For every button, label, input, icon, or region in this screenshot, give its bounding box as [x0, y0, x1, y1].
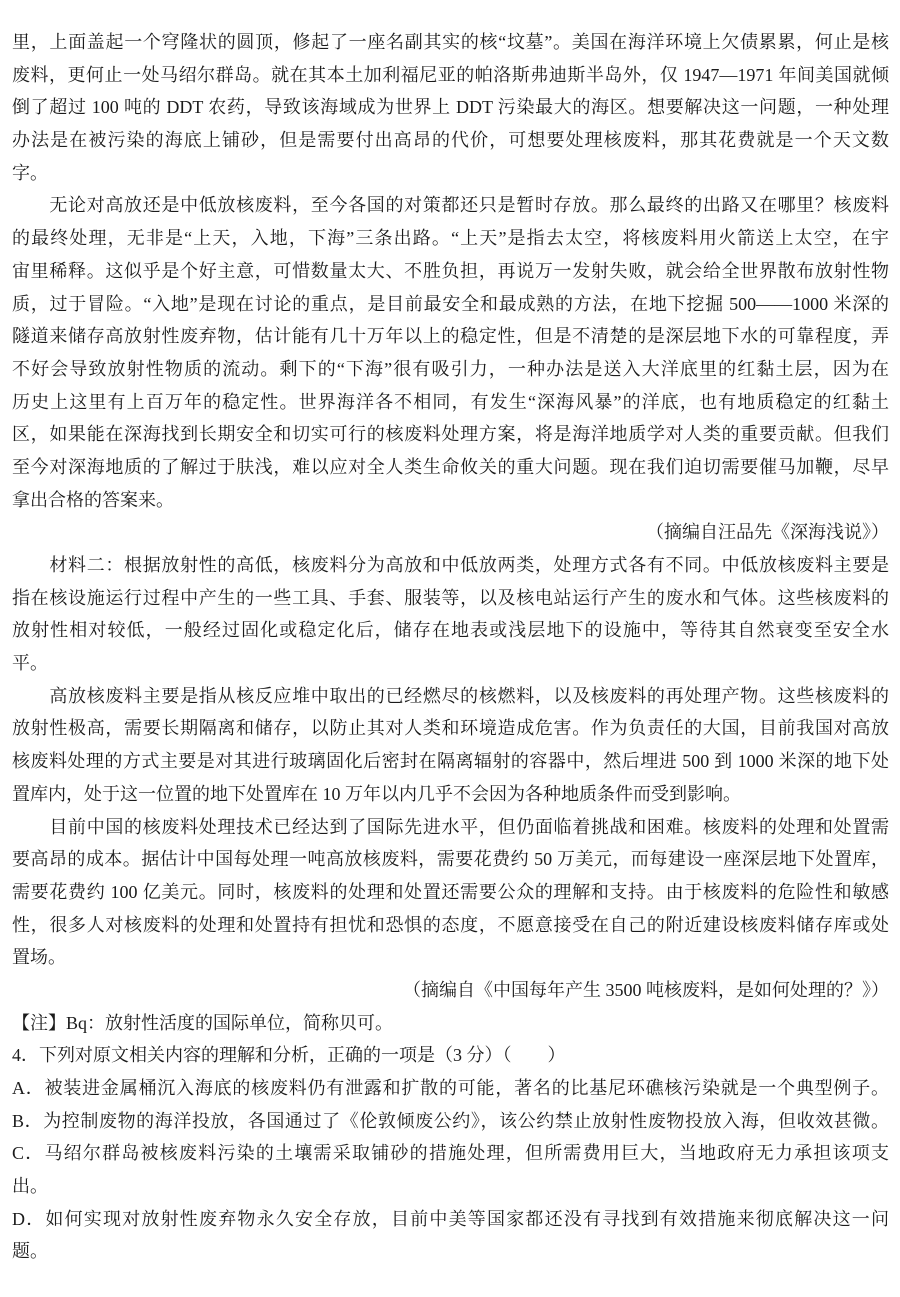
- text-line: 至今对深海地质的了解过于肤浅，难以应对全人类生命攸关的重大问题。现在我们迫切需要…: [12, 451, 889, 484]
- text-line: 倒了超过 100 吨的 DDT 农药，导致该海域成为世界上 DDT 污染最大的海…: [12, 91, 889, 124]
- text-line: 不好会导致放射性物质的流动。剩下的“下海”很有吸引力，一种办法是送入大洋底里的红…: [12, 353, 889, 386]
- option-line: 出。: [12, 1170, 889, 1203]
- text-line: 废料，更何止一处马绍尔群岛。就在其本土加利福尼亚的帕洛斯弗迪斯半岛外，仅 194…: [12, 59, 889, 92]
- text-line: 材料二：根据放射性的高低，核废料分为高放和中低放两类，处理方式各有不同。中低放核…: [12, 549, 889, 582]
- text-line: 无论对高放还是中低放核废料，至今各国的对策都还只是暂时存放。那么最终的出路又在哪…: [12, 189, 889, 222]
- option-line: D．如何实现对放射性废弃物永久安全存放，目前中美等国家都还没有寻找到有效措施来彻…: [12, 1203, 889, 1236]
- option-line: B．为控制废物的海洋投放，各国通过了《伦敦倾废公约》，该公约禁止放射性废物投放入…: [12, 1105, 889, 1138]
- text-line: 置场。: [12, 941, 889, 974]
- text-line: 置库内，处于这一位置的地下处置库在 10 万年以内几乎不会因为各种地质条件而受到…: [12, 778, 889, 811]
- option-line: 题。: [12, 1235, 889, 1268]
- attribution-line: （摘编自《中国每年产生 3500 吨核废料，是如何处理的？》）: [12, 974, 889, 1007]
- text-line: 核废料处理的方式主要是对其进行玻璃固化后密封在隔离辐射的容器中，然后埋进 500…: [12, 745, 889, 778]
- text-line: 办法是在被污染的海底上铺砂，但是需要付出高昂的代价，可想要处理核废料，那其花费就…: [12, 124, 889, 157]
- text-line: 放射性极高，需要长期隔离和储存，以防止其对人类和环境造成危害。作为负责任的大国，…: [12, 712, 889, 745]
- option-line: C．马绍尔群岛被核废料污染的土壤需采取铺砂的措施处理，但所需费用巨大，当地政府无…: [12, 1137, 889, 1170]
- option-line: A．被装进金属桶沉入海底的核废料仍有泄露和扩散的可能，著名的比基尼环礁核污染就是…: [12, 1072, 889, 1105]
- text-line: 区，如果能在深海找到长期安全和切实可行的核废料处理方案，将是海洋地质学对人类的重…: [12, 418, 889, 451]
- text-line: 指在核设施运行过程中产生的一些工具、手套、服装等，以及核电站运行产生的废水和气体…: [12, 582, 889, 615]
- text-line: 质，过于冒险。“入地”是现在讨论的重点，是目前最安全和最成熟的方法，在地下挖掘 …: [12, 288, 889, 321]
- text-line: 字。: [12, 157, 889, 190]
- text-line: 里，上面盖起一个穹隆状的圆顶，修起了一座名副其实的核“坟墓”。美国在海洋环境上欠…: [12, 26, 889, 59]
- text-line: 隧道来储存高放射性废弃物，估计能有几十万年以上的稳定性，但是不清楚的是深层地下水…: [12, 320, 889, 353]
- attribution-line: （摘编自汪品先《深海浅说》）: [12, 516, 889, 549]
- text-line: 平。: [12, 647, 889, 680]
- text-line: 历史上这里有上百万年的稳定性。世界海洋各不相同，有发生“深海风暴”的洋底，也有地…: [12, 386, 889, 419]
- document-page: 里，上面盖起一个穹隆状的圆顶，修起了一座名副其实的核“坟墓”。美国在海洋环境上欠…: [0, 0, 900, 1297]
- text-line: 要高昂的成本。据估计中国每处理一吨高放核废料，需要花费约 50 万美元，而每建设…: [12, 843, 889, 876]
- text-line: 高放核废料主要是指从核反应堆中取出的已经燃尽的核燃料，以及核废料的再处理产物。这…: [12, 680, 889, 713]
- text-line: 目前中国的核废料处理技术已经达到了国际先进水平，但仍面临着挑战和困难。核废料的处…: [12, 811, 889, 844]
- text-line: 宙里稀释。这似乎是个好主意，可惜数量太大、不胜负担，再说万一发射失败，就会给全世…: [12, 255, 889, 288]
- text-line: 需要花费约 100 亿美元。同时，核废料的处理和处置还需要公众的理解和支持。由于…: [12, 876, 889, 909]
- text-line: 的最终处理，无非是“上天，入地，下海”三条出路。“上天”是指去太空，将核废料用火…: [12, 222, 889, 255]
- question-stem-line: 4．下列对原文相关内容的理解和分析，正确的一项是（3 分）（ ）: [12, 1039, 889, 1072]
- note-line: 【注】Bq：放射性活度的国际单位，简称贝可。: [12, 1007, 889, 1040]
- text-line: 拿出合格的答案来。: [12, 484, 889, 517]
- text-line: 性，很多人对核废料的处理和处置持有担忧和恐惧的态度，不愿意接受在自己的附近建设核…: [12, 909, 889, 942]
- text-line: 放射性相对较低，一般经过固化或稳定化后，储存在地表或浅层地下的设施中，等待其自然…: [12, 614, 889, 647]
